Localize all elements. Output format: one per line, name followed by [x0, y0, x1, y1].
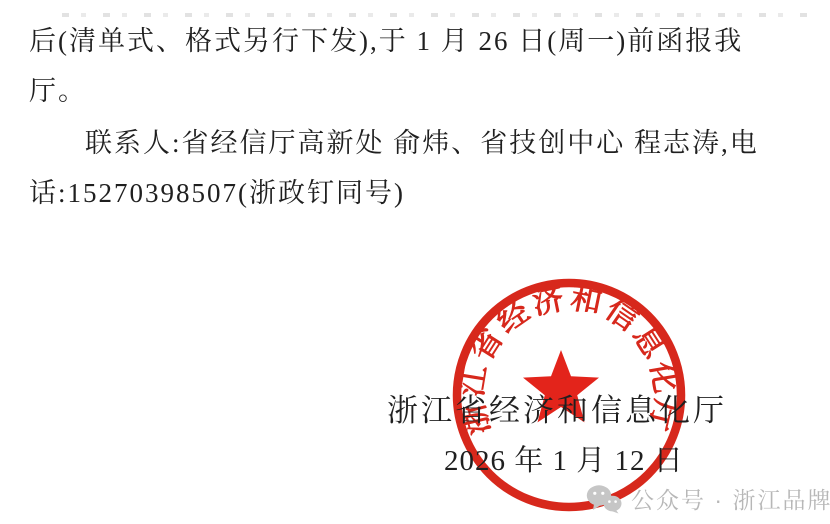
watermark-label: 公众号 · 浙江品牌 — [631, 482, 830, 515]
official-red-seal: 浙江省经济和信息化厅 — [0, 0, 830, 524]
scanned-document-page: 后(清单式、格式另行下发),于 1 月 26 日(周一)前函报我 厅。 联系人:… — [0, 0, 830, 524]
body-paragraph-line: 后(清单式、格式另行下发),于 1 月 26 日(周一)前函报我 — [29, 24, 743, 58]
contact-phone-line: 话:15270398507(浙政钉同号) — [29, 176, 405, 210]
cropped-text-remnant — [62, 13, 807, 17]
body-paragraph-line: 厅。 — [29, 74, 87, 108]
signature-date: 2026 年 1 月 12 日 — [444, 438, 684, 479]
signature-agency-name: 浙江省经济和信息化厅 — [387, 385, 727, 430]
contact-info-line: 联系人:省经信厅高新处 俞炜、省技创中心 程志涛,电 — [85, 126, 759, 160]
publisher-watermark: 公众号 · 浙江品牌 — [586, 482, 830, 515]
wechat-icon — [586, 484, 622, 514]
